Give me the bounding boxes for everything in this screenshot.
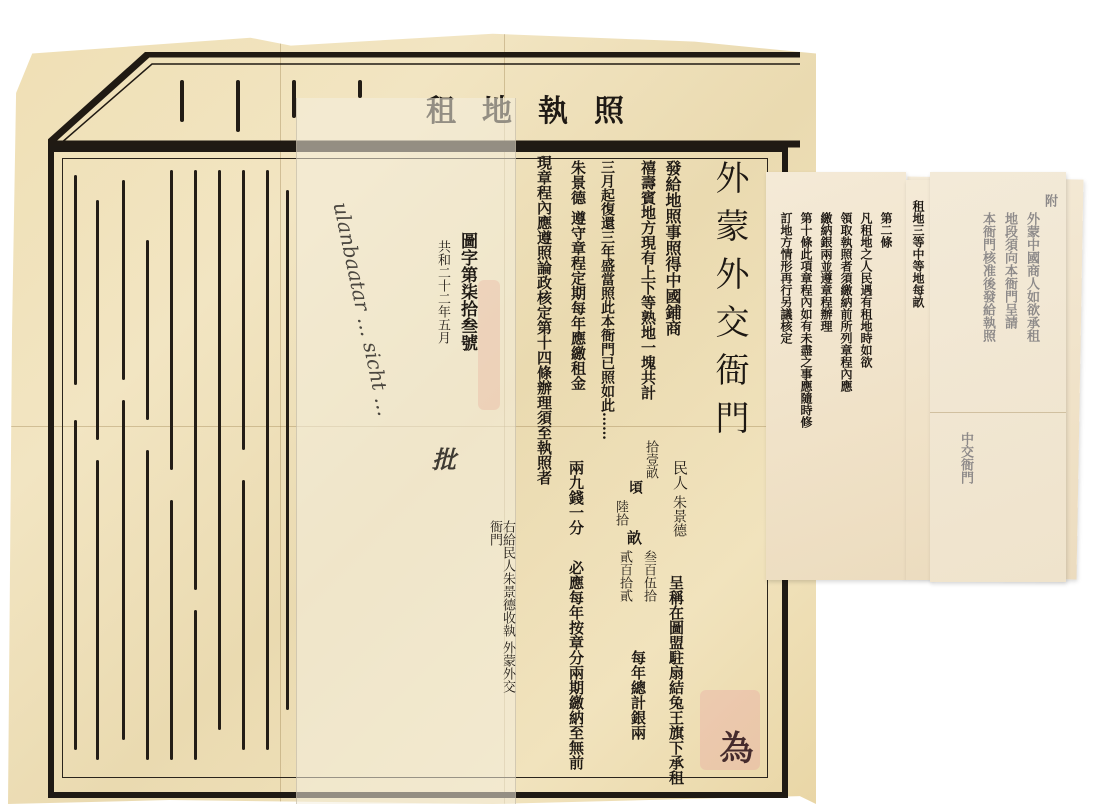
- slip-heading: 租地三等中等地每畝: [912, 200, 924, 570]
- slip-column: 中交衙門: [959, 432, 972, 572]
- tenant-name: 朱景德: [672, 495, 686, 537]
- issuer-heading: 外蒙外交衙門: [712, 160, 746, 448]
- yearly-line: 每年總計銀兩: [630, 650, 645, 740]
- text-column-2: 禧壽賓地方現有上下等熟地一塊共計: [640, 160, 655, 430]
- slip-column: 地段須向本衙門呈請: [1003, 212, 1016, 412]
- attached-slip-faint: 附 外蒙中國商人如欲承租 地段須向本衙門呈請 本衙門核准後發給執照 中交衙門: [930, 172, 1066, 582]
- slip-heading: 第二條: [880, 212, 892, 562]
- area-unit: 叁百伍拾: [642, 550, 655, 602]
- attached-slip-regulations: 第二條 凡租地之人民遇有租地時如欲 領取執照者須繳納前所列章程內應 繳納銀兩並遵…: [766, 172, 906, 580]
- mongolian-title-glyph: [232, 80, 244, 130]
- slip-column: 第十條此項章程內如有未盡之事應隨時修: [800, 212, 812, 562]
- area-unit: 頃: [628, 480, 642, 494]
- handwritten-mark: 批: [432, 440, 456, 475]
- registry-date: 共和二十二年五月: [436, 240, 449, 344]
- fold-line: [930, 412, 1066, 413]
- slip-column: 領取執照者須繳納前所列章程內應: [840, 212, 852, 562]
- red-seal-mark: [478, 280, 500, 410]
- attached-slip-narrow: 租地三等中等地每畝: [906, 180, 932, 580]
- slip-column: 本衙門核准後發給執照: [981, 212, 994, 412]
- mongolian-title-glyph: [176, 80, 188, 130]
- slip-column: 訂地方情形再行另議核定: [780, 212, 792, 562]
- registry-serial: 圖字第柒拾叁號: [458, 232, 475, 351]
- area-unit: 畝: [626, 530, 641, 545]
- text-column-4: 朱景德 遵守章程定期每年應繳租金: [570, 160, 585, 500]
- signature-block: 右給民人朱景德收執 外蒙外交衙門: [488, 520, 514, 700]
- red-stain: [700, 690, 760, 770]
- slip-column: 凡租地之人民遇有租地時如欲: [860, 212, 872, 562]
- area-unit: 陸拾: [614, 500, 627, 526]
- request-line: 呈稱在圖盟駐扇結兔王旗下承租: [668, 575, 683, 795]
- amount-line: 兩九錢一分: [568, 460, 583, 535]
- area-unit: 貳百拾貳: [618, 550, 631, 602]
- area-unit: 拾壹畝: [644, 440, 657, 479]
- slip-column: 外蒙中國商人如欲承租: [1025, 212, 1038, 412]
- slip-column: 繳納銀兩並遵章程辦理: [820, 212, 832, 562]
- payment-line: 必應每年按章分兩期繳納至無前: [568, 560, 583, 770]
- text-column-1: 發給地照事照得中國鋪商: [664, 160, 680, 430]
- slip-heading: 附: [1043, 194, 1056, 207]
- text-column-5: 現章程內應遵照論政核定第十四條辦理須至執照者: [536, 155, 551, 625]
- text-column-3: 三月起復還三年盛當照此本衙門已照如此……: [600, 160, 614, 780]
- tenant-label: 民人: [672, 460, 687, 490]
